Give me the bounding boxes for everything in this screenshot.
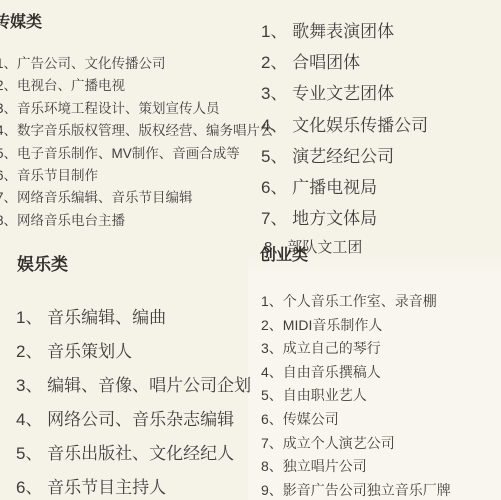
list-item: 4、数字音乐版权管理、版权经营、编务唱片公 (0, 120, 274, 142)
list-item: 2、电视台、广播电视 (0, 75, 274, 97)
list-item: 8、网络音乐电台主播 (0, 210, 274, 232)
list-item: 1、广告公司、文化传播公司 (0, 53, 274, 75)
stitch-seam-row: 8、部队文工团 创业类 (250, 239, 460, 263)
list-item: 1、 歌舞表演团体 (261, 16, 428, 47)
performance-group-list: 1、 歌舞表演团体2、 合唱团体3、 专业文艺团体4、 文化娱乐传播公司5、 演… (261, 16, 428, 234)
list-item: 7、 地方文体局 (261, 203, 428, 234)
list-item: 9、影音广告公司独立音乐厂牌 (261, 479, 451, 500)
list-item: 1、个人音乐工作室、录音棚 (261, 290, 451, 314)
list-item: 4、 网络公司、音乐杂志编辑 (16, 403, 251, 437)
startup-career-list: 1、个人音乐工作室、录音棚2、MIDI音乐制作人3、成立自己的琴行4、自由音乐撰… (261, 290, 451, 500)
list-item: 6、 音乐节目主持人 (16, 471, 251, 500)
list-item: 8、独立唱片公司 (261, 455, 451, 479)
section-title-entertainment: 娱乐类 (17, 250, 68, 275)
list-item: 5、 音乐出版社、文化经纪人 (16, 437, 251, 471)
list-item: 4、 文化娱乐传播公司 (261, 110, 428, 141)
list-item: 3、 专业文艺团体 (261, 78, 428, 109)
list-item: 2、MIDI音乐制作人 (261, 314, 451, 338)
list-item: 7、成立个人演艺公司 (261, 432, 451, 456)
section-title-media: 传媒类 (0, 9, 42, 32)
list-item: 6、传媒公司 (261, 408, 451, 432)
list-item: 4、自由音乐撰稿人 (261, 361, 451, 385)
section-title-startup: 创业类 (260, 242, 308, 263)
document-page: 传媒类 1、广告公司、文化传播公司2、电视台、广播电视3、音乐环境工程设计、策划… (0, 0, 501, 500)
list-item: 6、 广播电视局 (261, 172, 428, 203)
media-career-list: 1、广告公司、文化传播公司2、电视台、广播电视3、音乐环境工程设计、策划宣传人员… (0, 53, 274, 232)
list-item: 3、 编辑、音像、唱片公司企划 (16, 369, 251, 403)
list-item: 1、 音乐编辑、编曲 (16, 301, 251, 335)
list-item: 2、 合唱团体 (261, 47, 428, 78)
list-item: 5、 演艺经纪公司 (261, 141, 428, 172)
entertainment-career-list: 1、 音乐编辑、编曲2、 音乐策划人3、 编辑、音像、唱片公司企划4、 网络公司… (16, 301, 251, 500)
list-item: 7、网络音乐编辑、音乐节目编辑 (0, 187, 274, 209)
list-item: 5、电子音乐制作、MV制作、音画合成等 (0, 143, 274, 165)
list-item: 5、自由职业艺人 (261, 384, 451, 408)
list-item: 3、音乐环境工程设计、策划宣传人员 (0, 98, 274, 120)
list-item: 6、音乐节目制作 (0, 165, 274, 187)
list-item: 2、 音乐策划人 (16, 335, 251, 369)
list-item: 3、成立自己的琴行 (261, 337, 451, 361)
